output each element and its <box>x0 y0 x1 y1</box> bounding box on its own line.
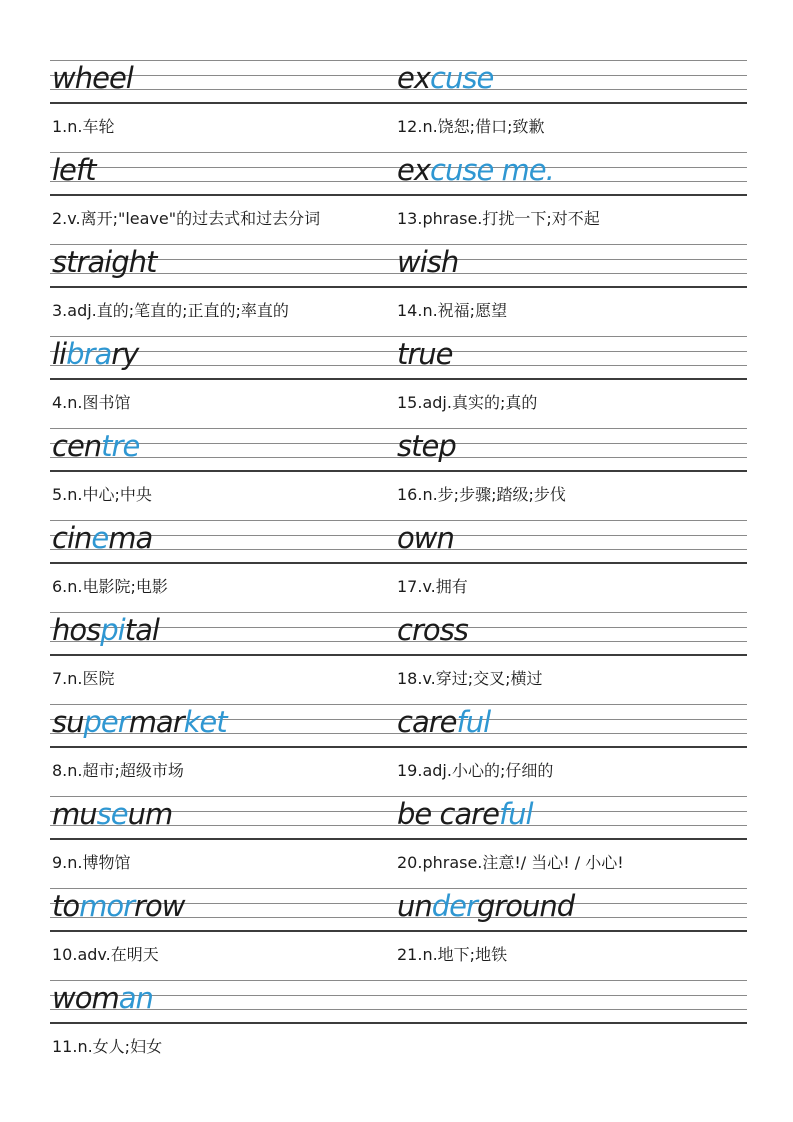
word-segment: tal <box>125 613 159 647</box>
word-segment: be care <box>397 797 499 831</box>
vocab-word-right: wish <box>397 247 458 277</box>
word-segment: hos <box>52 613 100 647</box>
word-segment: li <box>52 337 66 371</box>
vocab-row: wheel excuse 1.n.车轮 12.n.饶恕;借口;致歉 <box>50 60 747 152</box>
word-segment: cuse me. <box>430 153 554 187</box>
grid-bottom-line <box>50 102 747 104</box>
word-segment: pi <box>100 613 124 647</box>
word-segment: care <box>397 705 456 739</box>
word-segment: wish <box>397 245 458 279</box>
word-segment: wheel <box>52 61 133 95</box>
vocab-word-right: be careful <box>397 799 533 829</box>
word-segment: per <box>84 705 129 739</box>
word-segment: e <box>91 521 108 555</box>
word-segment: ry <box>111 337 138 371</box>
word-segment: mu <box>52 797 97 831</box>
word-segment: ful <box>456 705 490 739</box>
word-segment: mar <box>129 705 184 739</box>
vocab-word-left: library <box>52 339 138 369</box>
word-segment: cen <box>52 429 101 463</box>
vocab-row: centre step 5.n.中心;中央 16.n.步;步骤;踏级;步伐 <box>50 428 747 520</box>
grid-line <box>50 995 747 996</box>
definition-right: 21.n.地下;地铁 <box>397 945 507 964</box>
grid-line <box>50 980 747 981</box>
definition-right: 15.adj.真实的;真的 <box>397 393 537 412</box>
vocab-word-left: left <box>52 155 95 185</box>
vocab-word-left: supermarket <box>52 707 227 737</box>
definition-right: 19.adj.小心的;仔细的 <box>397 761 553 780</box>
word-segment: an <box>119 981 153 1015</box>
word-segment: cross <box>397 613 468 647</box>
vocab-word-right: excuse <box>397 63 493 93</box>
vocab-row: cinema own 6.n.电影院;电影 17.v.拥有 <box>50 520 747 612</box>
word-segment: straight <box>52 245 156 279</box>
vocab-word-left: museum <box>52 799 172 829</box>
vocab-word-right: excuse me. <box>397 155 554 185</box>
definition-left: 2.v.离开;"leave"的过去式和过去分词 <box>52 209 320 228</box>
vocab-row: tomorrow underground 10.adv.在明天 21.n.地下;… <box>50 888 747 980</box>
definition-left: 7.n.医院 <box>52 669 115 688</box>
word-segment: bra <box>66 337 111 371</box>
grid-bottom-line <box>50 746 747 748</box>
word-segment: um <box>128 797 173 831</box>
definition-left: 11.n.女人;妇女 <box>52 1037 162 1056</box>
vocabulary-worksheet-page: wheel excuse 1.n.车轮 12.n.饶恕;借口;致歉 left e… <box>0 0 793 1122</box>
word-segment: ex <box>397 153 430 187</box>
definition-left: 10.adv.在明天 <box>52 945 159 964</box>
definition-left: 3.adj.直的;笔直的;正直的;率直的 <box>52 301 289 320</box>
grid-line <box>50 1009 747 1010</box>
vocab-row: museum be careful 9.n.博物馆 20.phrase.注意!/… <box>50 796 747 888</box>
definition-right: 14.n.祝福;愿望 <box>397 301 507 320</box>
word-segment: ful <box>499 797 533 831</box>
vocab-word-left: hospital <box>52 615 159 645</box>
word-segment: der <box>432 889 477 923</box>
grid-bottom-line <box>50 378 747 380</box>
grid-bottom-line <box>50 1022 747 1024</box>
word-segment: se <box>97 797 128 831</box>
word-segment: to <box>52 889 79 923</box>
grid-bottom-line <box>50 286 747 288</box>
vocab-word-left: centre <box>52 431 139 461</box>
word-segment: ma <box>108 521 152 555</box>
vocab-word-left: cinema <box>52 523 152 553</box>
vocab-word-left: wheel <box>52 63 133 93</box>
vocab-word-right: cross <box>397 615 468 645</box>
definition-right: 17.v.拥有 <box>397 577 468 596</box>
vocab-row: left excuse me. 2.v.离开;"leave"的过去式和过去分词 … <box>50 152 747 244</box>
word-segment: step <box>397 429 456 463</box>
definition-left: 1.n.车轮 <box>52 117 115 136</box>
vocab-row: library true 4.n.图书馆 15.adj.真实的;真的 <box>50 336 747 428</box>
word-segment: su <box>52 705 84 739</box>
vocab-word-left: woman <box>52 983 153 1013</box>
grid-bottom-line <box>50 838 747 840</box>
word-segment: ground <box>477 889 574 923</box>
vocab-word-left: straight <box>52 247 156 277</box>
word-segment: ket <box>184 705 227 739</box>
vocab-word-right: underground <box>397 891 574 921</box>
word-segment: mor <box>79 889 134 923</box>
word-segment: ex <box>397 61 430 95</box>
worksheet-content: wheel excuse 1.n.车轮 12.n.饶恕;借口;致歉 left e… <box>50 60 747 1072</box>
vocab-row: straight wish 3.adj.直的;笔直的;正直的;率直的 14.n.… <box>50 244 747 336</box>
vocab-row: supermarket careful 8.n.超市;超级市场 19.adj.小… <box>50 704 747 796</box>
vocab-word-right: careful <box>397 707 490 737</box>
vocab-word-left: tomorrow <box>52 891 184 921</box>
word-segment: own <box>397 521 454 555</box>
vocab-word-right: step <box>397 431 456 461</box>
word-segment: cuse <box>430 61 493 95</box>
definition-left: 5.n.中心;中央 <box>52 485 152 504</box>
grid-bottom-line <box>50 654 747 656</box>
definition-left: 4.n.图书馆 <box>52 393 131 412</box>
word-segment: cin <box>52 521 91 555</box>
definition-right: 13.phrase.打扰一下;对不起 <box>397 209 600 228</box>
word-segment: row <box>134 889 184 923</box>
definition-right: 16.n.步;步骤;踏级;步伐 <box>397 485 566 504</box>
word-segment: un <box>397 889 432 923</box>
vocab-word-right: own <box>397 523 454 553</box>
vocab-row: woman 11.n.女人;妇女 <box>50 980 747 1072</box>
grid-bottom-line <box>50 562 747 564</box>
grid-bottom-line <box>50 470 747 472</box>
definition-right: 12.n.饶恕;借口;致歉 <box>397 117 544 136</box>
grid-bottom-line <box>50 930 747 932</box>
definition-left: 8.n.超市;超级市场 <box>52 761 184 780</box>
definition-left: 9.n.博物馆 <box>52 853 131 872</box>
definition-right: 18.v.穿过;交叉;横过 <box>397 669 543 688</box>
word-segment: tre <box>101 429 139 463</box>
definition-right: 20.phrase.注意!/ 当心! / 小心! <box>397 853 624 872</box>
word-segment: true <box>397 337 453 371</box>
word-segment: left <box>52 153 95 187</box>
grid-bottom-line <box>50 194 747 196</box>
vocab-row: hospital cross 7.n.医院 18.v.穿过;交叉;横过 <box>50 612 747 704</box>
definition-left: 6.n.电影院;电影 <box>52 577 168 596</box>
vocab-word-right: true <box>397 339 453 369</box>
word-segment: wom <box>52 981 119 1015</box>
